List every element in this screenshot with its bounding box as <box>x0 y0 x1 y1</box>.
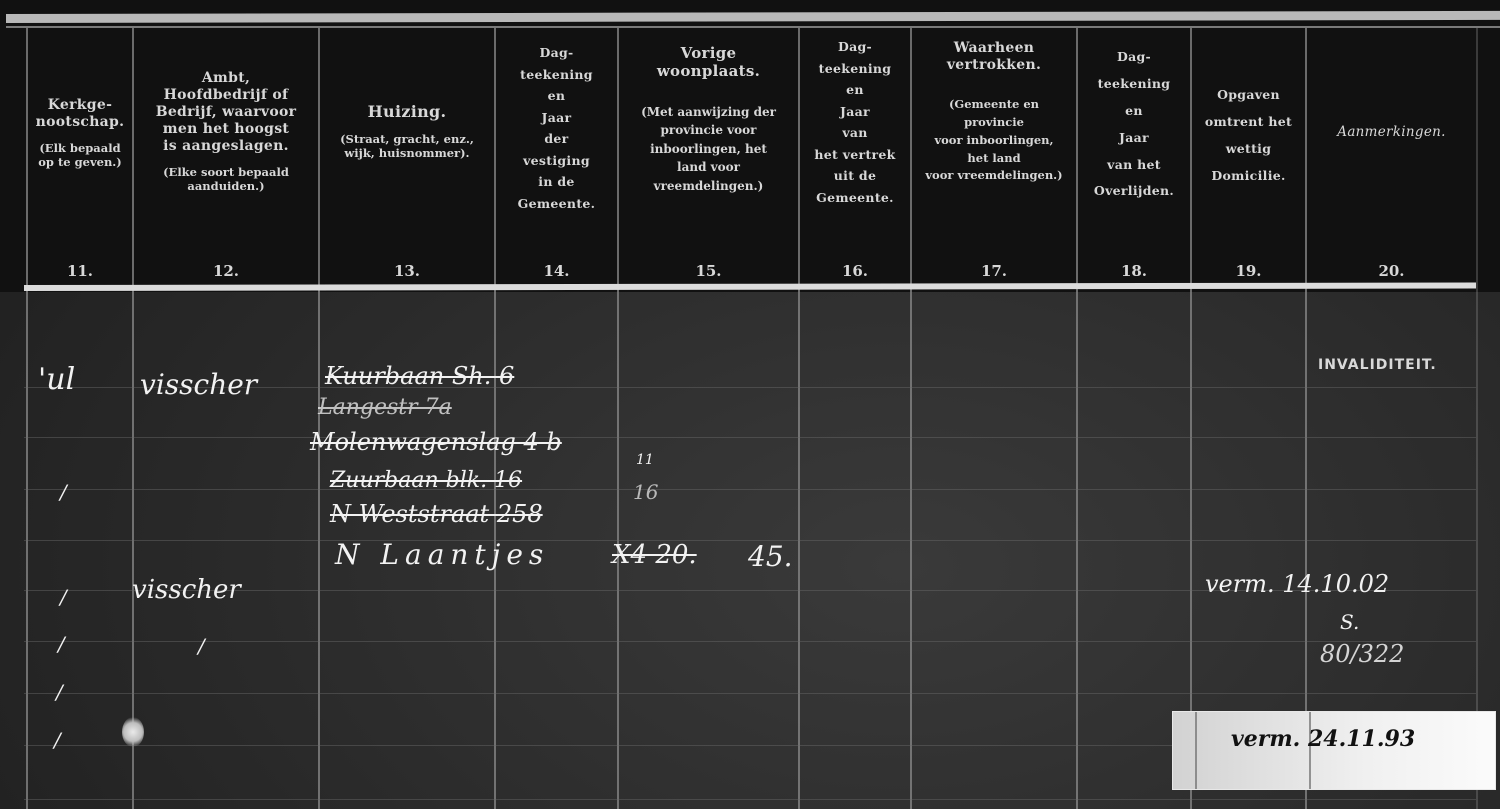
address-suffix: 16 <box>633 480 658 504</box>
column-number: 13. <box>320 262 494 280</box>
column-header-17: Waarheen vertrokken. (Gemeente en provin… <box>912 32 1076 282</box>
address-entry-struck: Zuurbaan blk. 16 <box>330 468 522 493</box>
column-number: 12. <box>134 262 318 280</box>
address-entry-current: N Laantjes <box>335 538 549 571</box>
column-number: 20. <box>1307 262 1476 280</box>
column-title: Opgaven omtrent het wettig Domicilie. <box>1205 82 1292 190</box>
ditto-mark: / <box>56 680 63 704</box>
column-note: (Straat, gracht, enz., wijk, huisnommer)… <box>340 132 474 160</box>
religion-entry: 'ul <box>38 362 75 397</box>
column-header-16: Dag- teekening en Jaar van het vertrek u… <box>800 32 910 282</box>
column-header-11: Kerkge- nootschap. (Elk bepaald op te ge… <box>28 32 132 282</box>
invaliditeit-stamp: INVALIDITEIT. <box>1318 357 1437 373</box>
column-note: (Elke soort bepaald aanduiden.) <box>163 165 289 193</box>
address-suffix: 11 <box>636 452 654 468</box>
column-number: 11. <box>28 262 132 280</box>
column-header-14: Dag- teekening en Jaar der vestiging in … <box>496 32 617 282</box>
column-note: (Gemeente en provincie voor inboorlingen… <box>925 96 1062 185</box>
writing-rule <box>24 693 1476 694</box>
domicile-entry: verm. 14.10.02 <box>1205 570 1389 598</box>
reference-number: 80/322 <box>1320 640 1404 668</box>
ditto-mark: / <box>60 585 67 609</box>
writing-rule <box>24 437 1476 438</box>
column-number: 14. <box>496 262 617 280</box>
reference-letter: S. <box>1340 610 1359 634</box>
column-header-13: Huizing. (Straat, gracht, enz., wijk, hu… <box>320 32 494 282</box>
column-header-19: Opgaven omtrent het wettig Domicilie. 19… <box>1192 32 1305 282</box>
address-entry-struck: Langestr 7a <box>318 395 452 420</box>
column-title: Dag- teekening en Jaar van het Overlijde… <box>1094 44 1174 205</box>
column-divider <box>1476 28 1478 809</box>
top-rule-thin <box>6 26 1500 28</box>
column-header-12: Ambt, Hoofdbedrijf of Bedrijf, waarvoor … <box>134 32 318 282</box>
house-number-struck: X4 20. <box>612 540 697 570</box>
slip-divider <box>1195 712 1197 789</box>
address-entry-struck: Molenwagenslag 4 b <box>310 428 562 456</box>
column-title: Kerkge- nootschap. <box>36 97 125 131</box>
ink-blot <box>122 717 144 747</box>
ditto-mark: / <box>54 728 61 752</box>
column-title: Dag- teekening en Jaar der vestiging in … <box>518 42 596 214</box>
address-entry-struck: N Weststraat 258 <box>330 500 543 528</box>
writing-rule <box>24 641 1476 642</box>
column-number: 19. <box>1192 262 1305 280</box>
occupation-entry: visscher <box>140 368 257 401</box>
column-note: (Met aanwijzing der provincie voor inboo… <box>641 103 776 196</box>
column-note: (Elk bepaald op te geven.) <box>38 141 122 169</box>
ditto-mark: / <box>198 634 205 658</box>
column-header-20: Aanmerkingen. 20. <box>1307 32 1476 282</box>
column-header-18: Dag- teekening en Jaar van het Overlijde… <box>1078 32 1190 282</box>
house-number: 45. <box>748 540 793 573</box>
column-header-15: Vorige woonplaats. (Met aanwijzing der p… <box>619 32 798 282</box>
pasted-slip: verm. 24.11.93 <box>1172 711 1496 790</box>
column-number: 17. <box>912 262 1076 280</box>
column-title: Waarheen vertrokken. <box>947 40 1041 74</box>
column-title: Ambt, Hoofdbedrijf of Bedrijf, waarvoor … <box>156 70 297 155</box>
ditto-mark: / <box>58 632 65 656</box>
column-number: 15. <box>619 262 798 280</box>
ditto-mark: / <box>60 480 67 504</box>
address-entry-struck: Kuurbaan Sh. 6 <box>325 362 514 390</box>
occupation-entry: visscher <box>132 575 241 605</box>
column-number: 18. <box>1078 262 1190 280</box>
column-title: Dag- teekening en Jaar van het vertrek u… <box>814 36 895 208</box>
column-title: Huizing. <box>368 102 447 122</box>
column-number: 16. <box>800 262 910 280</box>
column-title: Vorige woonplaats. <box>657 44 760 81</box>
writing-rule <box>24 799 1476 800</box>
slip-text: verm. 24.11.93 <box>1231 726 1415 752</box>
column-title: Aanmerkingen. <box>1337 124 1445 140</box>
writing-rule <box>24 489 1476 490</box>
